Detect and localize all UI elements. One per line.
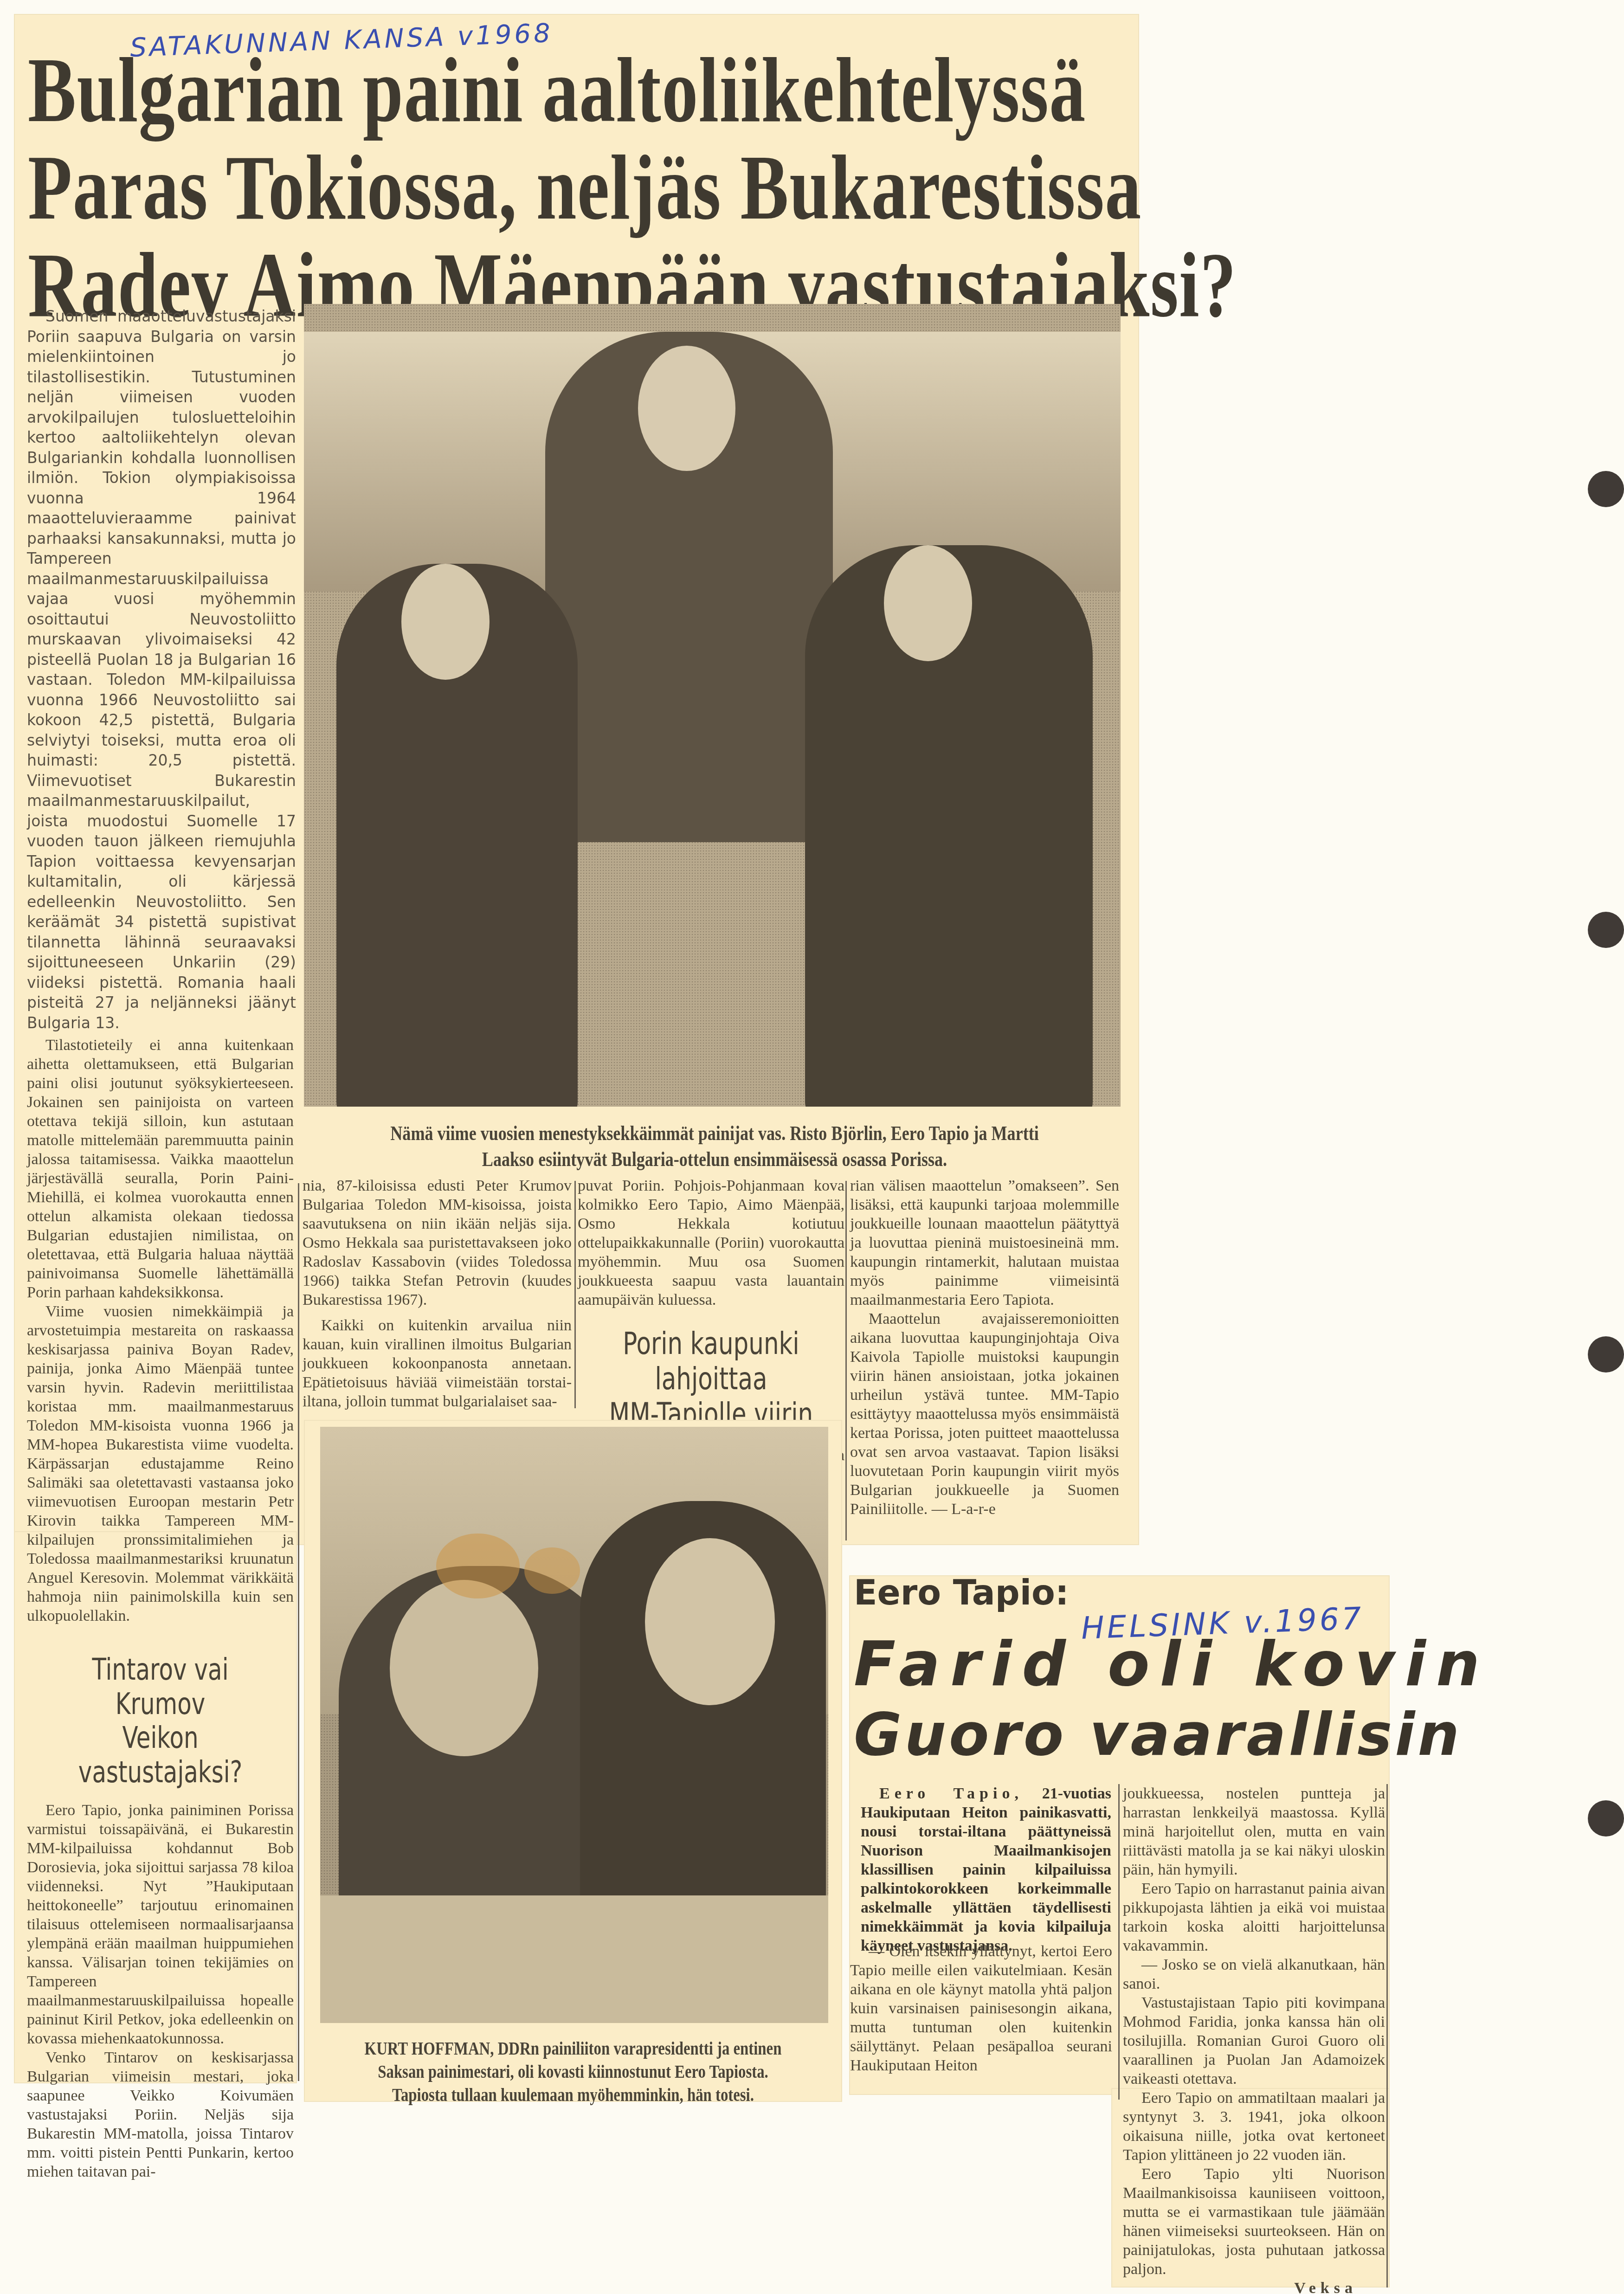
right-paragraph: rian välisen maaottelun ”omakseen”. Sen …	[850, 1176, 1119, 1309]
lead-name: Eero Tapio,	[879, 1785, 1023, 1802]
box-headline-line-1: Porin kaupunki lahjoittaa	[607, 1326, 815, 1397]
intro-column: Suomen maaotteluvastustajaksi Poriin saa…	[27, 306, 296, 1033]
main-headline-line-1: Bulgarian paini aaltoliikehtelyssä	[28, 42, 1086, 139]
punch-hole	[1588, 1336, 1624, 1373]
hoffman-tapio-photo	[320, 1427, 828, 2023]
main-photo-caption: Nämä viime vuosien menestyksekkäimmät pa…	[372, 1121, 1057, 1173]
eero-right-column: joukkueessa, nostelen puntteja ja harras…	[1123, 1784, 1385, 2294]
photo-face-hoffman	[390, 1580, 538, 1756]
eero-paragraph: Eero Tapio ylti Nuorison Maailmankisoiss…	[1123, 2165, 1385, 2279]
middle-column-1: nia, 87-kiloisissa edusti Peter Krumov B…	[303, 1176, 572, 1411]
column-rule	[574, 1181, 576, 1408]
middle-paragraph: puvat Poriin. Pohjois-Pohjanmaan kova ko…	[578, 1176, 844, 1309]
column-rule	[845, 1181, 847, 1540]
middle-paragraph: nia, 87-kiloisissa edusti Peter Krumov B…	[303, 1176, 572, 1309]
left-paragraph: Viime vuosien nimekkäimpiä ja arvostetui…	[27, 1302, 294, 1625]
lead-text: 21-vuotias Haukiputaan Heiton painikasva…	[861, 1785, 1111, 1954]
photo-face-center	[638, 346, 735, 471]
eero-paragraph: Vastustajistaan Tapio piti kovimpana Moh…	[1123, 1993, 1385, 2088]
eero-paragraph: joukkueessa, nostelen puntteja ja harras…	[1123, 1784, 1385, 1879]
right-column: rian välisen maaottelun ”omakseen”. Sen …	[850, 1176, 1119, 1519]
box-headline: Porin kaupunki lahjoittaa MM-Tapiolle vi…	[607, 1326, 815, 1432]
column-rule	[1118, 1784, 1120, 2100]
intro-paragraph: Suomen maaotteluvastustajaksi Poriin saa…	[27, 306, 296, 1033]
punch-hole	[1588, 912, 1624, 948]
subhead-line-1: Tintarov vai Krumov	[56, 1653, 264, 1721]
eero-headline-line-2: Guoro vaarallisin	[854, 1701, 1462, 1769]
eero-paragraph: — Olen itsekin yllättynyt, kertoi Eero T…	[850, 1942, 1112, 2075]
middle-paragraph: Kaikki on kuitenkin arvailua niin kauan,…	[303, 1316, 572, 1411]
signature: Veksa	[1123, 2279, 1357, 2294]
eero-lead-paragraph: Eero Tapio, 21-vuotias Haukiputaan Heito…	[861, 1784, 1111, 1955]
photo-table	[320, 1895, 828, 2023]
hoffman-photo-caption: KURT HOFFMAN, DDRn painiliiton varapresi…	[356, 2037, 790, 2107]
left-paragraph: Eero Tapio, jonka painiminen Porissa var…	[27, 1801, 294, 2048]
wrestlers-photo	[304, 304, 1121, 1107]
eero-paragraph: Eero Tapio on harrastanut painia aivan p…	[1123, 1879, 1385, 1955]
left-column: Tilastotieteily ei anna kuitenkaan aihet…	[27, 1036, 294, 2181]
photo-face-right	[884, 545, 972, 661]
water-stain	[524, 1547, 580, 1594]
eero-paragraph: Eero Tapio on ammatiltaan maalari ja syn…	[1123, 2088, 1385, 2165]
water-stain	[436, 1534, 520, 1598]
left-paragraph: Tilastotieteily ei anna kuitenkaan aihet…	[27, 1036, 294, 1302]
punch-hole	[1588, 471, 1624, 507]
right-paragraph: Maaottelun avajaisseremonioitten aikana …	[850, 1309, 1119, 1519]
photo-face-left	[401, 564, 490, 680]
eero-headline-line-1: Farid oli kovin	[854, 1629, 1490, 1700]
column-rule	[1386, 1784, 1388, 2288]
punch-hole	[1588, 1800, 1624, 1836]
subhead-line-2: Veikon vastustajaksi?	[56, 1721, 264, 1790]
eero-paragraph: — Josko se on vielä alkanutkaan, hän san…	[1123, 1955, 1385, 1993]
kicker-eero-tapio: Eero Tapio:	[854, 1573, 1069, 1613]
left-paragraph: Venko Tintarov on keskisarjassa Bulgaria…	[27, 2048, 294, 2181]
eero-left-column: — Olen itsekin yllättynyt, kertoi Eero T…	[850, 1942, 1112, 2075]
column-rule	[298, 1183, 299, 2081]
subhead-tintarov: Tintarov vai Krumov Veikon vastustajaksi…	[56, 1653, 264, 1790]
main-headline-line-2: Paras Tokiossa, neljäs Bukarestissa	[28, 139, 1142, 237]
photo-face-tapio	[645, 1538, 775, 1705]
